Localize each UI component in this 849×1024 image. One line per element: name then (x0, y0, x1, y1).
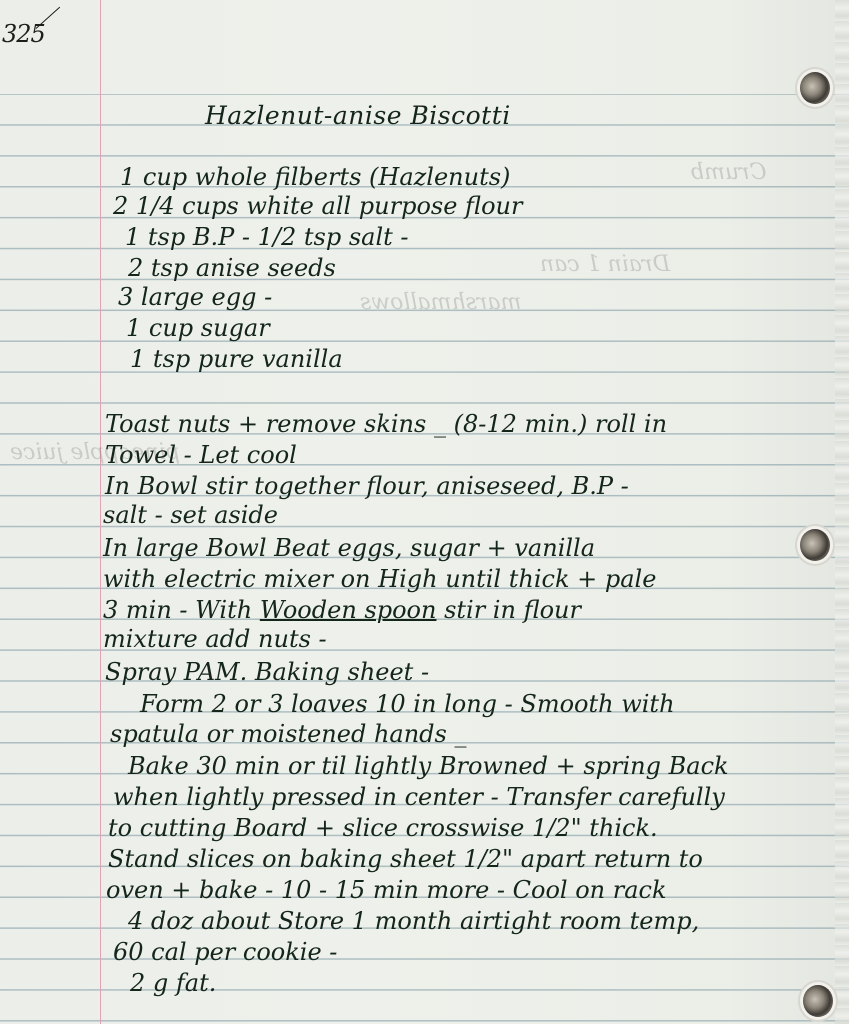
binder-hole (800, 529, 830, 561)
ingredient-item: 1 tsp B.P - 1/2 tsp salt - (125, 225, 409, 249)
bleed-through-text: Drain 1 can (540, 252, 670, 277)
notebook-page: Crumb Drain 1 can marshmallows pineapple… (0, 0, 849, 1024)
direction-line: with electric mixer on High until thick … (103, 567, 656, 591)
binder-hole (800, 72, 830, 104)
direction-line: 4 doz about Store 1 month airtight room … (128, 909, 699, 933)
bleed-through-text: marshmallows (360, 290, 521, 315)
direction-line: 2 g fat. (130, 971, 216, 995)
ingredient-item: 1 cup sugar (126, 316, 270, 340)
ingredient-item: 1 tsp pure vanilla (130, 347, 343, 371)
direction-line: to cutting Board + slice crosswise 1/2" … (108, 816, 658, 840)
ingredient-item: 1 cup whole filberts (Hazlenuts) (120, 165, 510, 189)
direction-line: Towel - Let cool (105, 443, 297, 467)
direction-line: when lightly pressed in center - Transfe… (113, 785, 725, 809)
direction-line: In Bowl stir together flour, aniseseed, … (105, 474, 629, 498)
underlined-emphasis: Wooden spoon (260, 596, 437, 624)
direction-line: salt - set aside (103, 503, 278, 527)
ingredient-item: 2 tsp anise seeds (128, 256, 336, 280)
spiral-perforated-edge (835, 0, 849, 1024)
direction-line: Stand slices on baking sheet 1/2" apart … (108, 847, 703, 871)
direction-line: mixture add nuts - (103, 627, 327, 651)
recipe-title: Hazlenut-anise Biscotti (205, 103, 511, 128)
binder-hole (803, 985, 833, 1017)
direction-text: stir in flour (436, 596, 581, 624)
ingredient-item: 2 1/4 cups white all purpose flour (113, 194, 522, 218)
direction-line: Toast nuts + remove skins _ (8-12 min.) … (105, 412, 667, 436)
direction-text: 3 min - With (103, 596, 260, 624)
page-number-mark (36, 7, 60, 29)
ingredient-item: 3 large egg - (118, 285, 272, 309)
direction-line: In large Bowl Beat eggs, sugar + vanilla (103, 536, 595, 560)
margin-line (100, 0, 101, 1024)
bleed-through-text: Crumb (690, 160, 766, 185)
direction-line: Form 2 or 3 loaves 10 in long - Smooth w… (140, 692, 675, 716)
direction-line: Spray PAM. Baking sheet - (105, 660, 429, 684)
direction-line: 60 cal per cookie - (113, 940, 337, 964)
direction-line: Bake 30 min or til lightly Browned + spr… (128, 754, 729, 778)
direction-line: 3 min - With Wooden spoon stir in flour (103, 598, 581, 622)
direction-line: oven + bake - 10 - 15 min more - Cool on… (106, 878, 667, 902)
direction-line: spatula or moistened hands _ (110, 722, 466, 746)
